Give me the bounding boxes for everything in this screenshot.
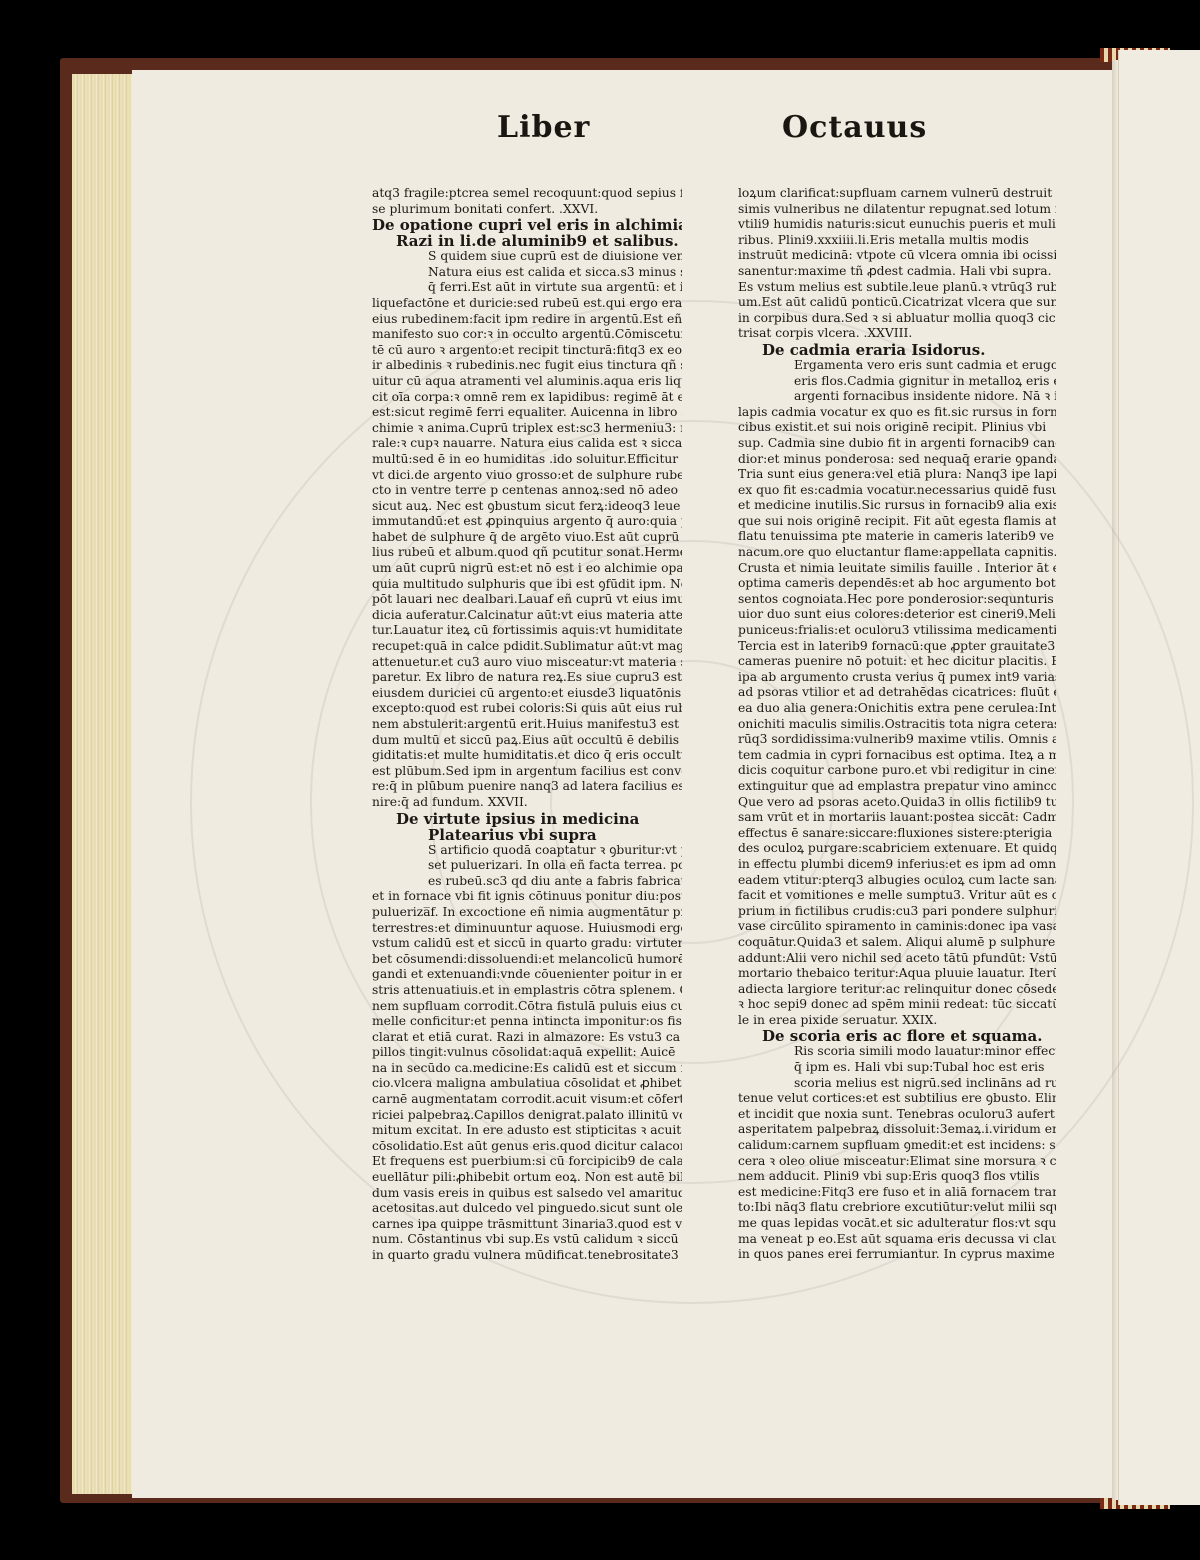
- text-line: ꝛ hoc sepi9 donec ad spēm minii redeat: …: [738, 997, 1056, 1013]
- text-line: rūq3 sordidissima:vulnerib9 maxime vtili…: [738, 732, 1056, 748]
- text-line: re:q̄ in plūbum puenire nanq3 ad latera …: [372, 779, 682, 795]
- text-line: eadem vtitur:pterq3 albugies oculoꝝ cum …: [738, 873, 1056, 889]
- text-line: optima cameris dependēs:et ab hoc argume…: [738, 576, 1056, 592]
- text-line: nem abstulerit:argentū erit.Huius manife…: [372, 717, 682, 733]
- text-line: immutandū:et est ꝓpinquius argento q̄ au…: [372, 514, 682, 530]
- text-line: manifesto suo cor:ꝛ in occulto argentū.C…: [372, 327, 682, 343]
- gutter: [1112, 60, 1118, 1500]
- text-line: recupet:quā in calce pdidit.Sublimatur a…: [372, 639, 682, 655]
- text-line: scoria melius est nigrū.sed inclināns ad…: [738, 1076, 1056, 1092]
- facing-page: [1118, 50, 1200, 1505]
- text-line: dum vasis ereis in quibus est salsedo ve…: [372, 1186, 682, 1202]
- text-line: terrestres:et diminuuntur aquose. Huiusm…: [372, 921, 682, 937]
- text-line: riciei palpebraꝝ.Capillos denigrat.palat…: [372, 1108, 682, 1124]
- text-line: cit oīa corpa:ꝛ omnē rem ex lapidibus: r…: [372, 390, 682, 406]
- text-line: extinguitur que ad emplastra prepatur vi…: [738, 779, 1056, 795]
- text-line: mortario thebaico teritur:Aqua pluuie la…: [738, 966, 1056, 982]
- text-line: trisat corpis vlcera. .XXVIII.: [738, 326, 1056, 342]
- text-line: Es vstum melius est subtile.leue planū.ꝛ…: [738, 280, 1056, 296]
- text-line: atq3 fragile:ptcrea semel recoquunt:quod…: [372, 186, 682, 202]
- text-line: in quarto gradu vulnera mūdificat.tenebr…: [372, 1248, 682, 1264]
- text-line: quia multitudo sulphuris que ibi est ꝯfū…: [372, 577, 682, 593]
- text-line: cio.vlcera maligna ambulatiua cōsolidat …: [372, 1076, 682, 1092]
- text-line: argenti fornacibus insidente nidore. Nā …: [738, 389, 1056, 405]
- text-line: to:Ibi nāq3 flatu crebriore excutiūtur:v…: [738, 1200, 1056, 1216]
- text-line: des oculoꝝ purgare:scabriciem extenuare.…: [738, 841, 1056, 857]
- running-head-left: Liber: [497, 110, 590, 145]
- text-line: simis vulneribus ne dilatentur repugnat.…: [738, 202, 1056, 218]
- text-line: tem cadmia in cypri fornacibus est optim…: [738, 748, 1056, 764]
- text-line: eiusdem duriciei cū argento:et eiusde3 l…: [372, 686, 682, 702]
- text-line: habet de sulphure q̄ de argēto viuo.Est …: [372, 530, 682, 546]
- text-line: melle conficitur:et penna intincta impon…: [372, 1014, 682, 1030]
- text-line: vase circūlito spiramento in caminis:don…: [738, 919, 1056, 935]
- text-line: cera ꝛ oleo oliue misceatur:Elimat sine …: [738, 1154, 1056, 1170]
- text-line: puniceus:frialis:et oculoru3 vtilissima …: [738, 623, 1056, 639]
- text-line: mitum excitat. In ere adusto est stiptic…: [372, 1123, 682, 1139]
- text-line: onichiti maculis similis.Ostracitis tota…: [738, 717, 1056, 733]
- text-line: S artificio quodā coaptatur ꝛ ꝯburitur:v…: [372, 843, 682, 859]
- text-line: prium in fictilibus crudis:cu3 pari pond…: [738, 904, 1056, 920]
- text-line: lius rubeū et album.quod qñ pcutitur son…: [372, 545, 682, 561]
- section-heading: De cadmia eraria Isidorus.: [738, 342, 1056, 358]
- text-line: ribus. Plini9.xxxiiii.li.Eris metalla mu…: [738, 233, 1056, 249]
- text-line: tur.Lauatur iteꝝ cū fortissimis aquis:vt…: [372, 623, 682, 639]
- text-line: um.Est aūt calidū ponticū.Cicatrizat vlc…: [738, 295, 1056, 311]
- text-line: set puluerizari. In olla eñ facta terrea…: [372, 858, 682, 874]
- text-line: Et frequens est puerbium:si cū forcipici…: [372, 1154, 682, 1170]
- text-line: liquefactōne et duricie:sed rubeū est.qu…: [372, 296, 682, 312]
- text-line: loꝝum clarificat:supfluam carnem vulnerū…: [738, 186, 1056, 202]
- text-line: pōt lauari nec dealbari.Lauaf eñ cuprū v…: [372, 592, 682, 608]
- text-line: se plurimum bonitati confert. .XXVI.: [372, 202, 682, 218]
- text-line: ma veneat p eo.Est aūt squama eris decus…: [738, 1232, 1056, 1248]
- text-line: Natura eius est calida et sicca.s3 minus…: [372, 265, 682, 281]
- text-line: acetositas.aut dulcedo vel pinguedo.sicu…: [372, 1201, 682, 1217]
- text-line: dicia auferatur.Calcinatur aūt:vt eius m…: [372, 608, 682, 624]
- text-line: euellātur pili:ꝓhibebit ortum eoꝝ. Non e…: [372, 1170, 682, 1186]
- text-line: vt dici.de argento viuo grosso:et de sul…: [372, 468, 682, 484]
- section-heading: Razi in li.de aluminib9 et salibus.: [372, 233, 682, 249]
- section-heading: Platearius vbi supra: [372, 827, 682, 843]
- text-line: chimie ꝛ anima.Cuprū triplex est:sc3 her…: [372, 421, 682, 437]
- text-line: tē cū auro ꝛ argento:et recipit tincturā…: [372, 343, 682, 359]
- section-heading: De opatione cupri vel eris in alchimia.: [372, 217, 682, 233]
- text-line: num. Cōstantinus vbi sup.Es vstū calidum…: [372, 1232, 682, 1248]
- section-heading: De scoria eris ac flore et squama.: [738, 1028, 1056, 1044]
- text-line: dicis coquitur carbone puro.et vbi redig…: [738, 763, 1056, 779]
- text-line: pulueriza̅f. In excoctione eñ nimia augm…: [372, 905, 682, 921]
- text-line: Crusta et nimia leuitate similis fauille…: [738, 561, 1056, 577]
- text-line: et incidit que noxia sunt. Tenebras ocul…: [738, 1107, 1056, 1123]
- text-line: effectus ē sanare:siccare:fluxiones sist…: [738, 826, 1056, 842]
- text-line: est plūbum.Sed ipm in argentum facilius …: [372, 764, 682, 780]
- text-line: um aūt cuprū nigrū est:et nō est i eo al…: [372, 561, 682, 577]
- text-line: S quidem siue cuprū est de diuisione ven…: [372, 249, 682, 265]
- text-line: vtili9 humidis naturis:sicut eunuchis pu…: [738, 217, 1056, 233]
- text-line: nacum.ore quo eluctantur flame:appellata…: [738, 545, 1056, 561]
- text-line: multū:sed ē in eo humiditas .ido soluitu…: [372, 452, 682, 468]
- text-line: ir albedinis ꝛ rubedinis.nec fugit eius …: [372, 358, 682, 374]
- text-line: calidum:carnem supfluam ꝯmedit:et est in…: [738, 1138, 1056, 1154]
- page-edges: [72, 74, 132, 1494]
- text-line: adiecta largiore teritur:ac relinquitur …: [738, 982, 1056, 998]
- text-line: cōsolidatio.Est aūt genus eris.quod dici…: [372, 1139, 682, 1155]
- text-line: carnes ipa quippe trāsmittunt 3inaria3.q…: [372, 1217, 682, 1233]
- text-line: sanentur:maxime tñ ꝓdest cadmia. Hali vb…: [738, 264, 1056, 280]
- text-line: cibus existit.et sui nois originē recipi…: [738, 420, 1056, 436]
- text-line: dior:et minus ponderosa: sed nequaq̄ era…: [738, 452, 1056, 468]
- text-line: asperitatem palpebraꝝ dissoluit:3emaꝝ.i.…: [738, 1122, 1056, 1138]
- text-column-left: atq3 fragile:ptcrea semel recoquunt:quod…: [372, 186, 682, 1264]
- text-line: eris flos.Cadmia gignitur in metalloꝝ er…: [738, 374, 1056, 390]
- text-column-right: loꝝum clarificat:supfluam carnem vulnerū…: [738, 186, 1056, 1263]
- text-line: uior duo sunt eius colores:deterior est …: [738, 607, 1056, 623]
- text-line: que sui nois originē recipit. Fit aūt eg…: [738, 514, 1056, 530]
- text-line: et in fornace vbi fit ignis cōtinuus pon…: [372, 889, 682, 905]
- text-line: vstum calidū est et siccū in quarto grad…: [372, 936, 682, 952]
- text-line: es rubeū.sc3 qd diu ante a fabris fabric…: [372, 874, 682, 890]
- text-line: est medicine:Fitq3 ere fuso et in aliā f…: [738, 1185, 1056, 1201]
- text-line: Ergamenta vero eris sunt cadmia et erugo…: [738, 358, 1056, 374]
- text-line: clarat et etiā curat. Razi in almazore: …: [372, 1030, 682, 1046]
- running-head-right: Octauus: [782, 110, 927, 145]
- text-line: ipa ab argumento crusta verius q̄ pumex …: [738, 670, 1056, 686]
- text-line: na in secūdo ca.medicine:Es calidū est e…: [372, 1061, 682, 1077]
- text-line: et medicine inutilis.Sic rursus in forna…: [738, 498, 1056, 514]
- text-line: ex quo fit es:cadmia vocatur.necessarius…: [738, 483, 1056, 499]
- text-line: carnē augmentatam corrodit.acuit visum:e…: [372, 1092, 682, 1108]
- text-line: nem adducit. Plini9 vbi sup:Eris quoq3 f…: [738, 1169, 1056, 1185]
- text-line: Tria sunt eius genera:vel etiā plura: Na…: [738, 467, 1056, 483]
- text-line: nire:q̄ ad fundum. XXVII.: [372, 795, 682, 811]
- text-line: gandi et extenuandi:vnde cōuenienter poi…: [372, 967, 682, 983]
- text-line: cto in ventre terre p centenas annoꝝ:sed…: [372, 483, 682, 499]
- text-line: Ris scoria simili modo lauatur:minor eff…: [738, 1044, 1056, 1060]
- text-line: giditatis:et multe humiditatis.et dico q…: [372, 748, 682, 764]
- text-line: q̄ ferri.Est aūt in virtute sua argentū:…: [372, 280, 682, 296]
- text-line: est:sicut regimē ferri equaliter. Auicen…: [372, 405, 682, 421]
- text-line: bet cōsumendi:dissoluendi:et melancolicū…: [372, 952, 682, 968]
- text-line: flatu tenuissima pte materie in cameris …: [738, 529, 1056, 545]
- text-line: rale:ꝛ cupꝛ nauarre. Natura eius calida …: [372, 436, 682, 452]
- text-line: eius rubedinem:facit ipm redire in argen…: [372, 312, 682, 328]
- text-line: in quos panes erei ferrumiantur. In cypr…: [738, 1247, 1056, 1263]
- text-line: coquātur.Quida3 et salem. Aliqui alumē p…: [738, 935, 1056, 951]
- text-line: excepto:quod est rubei coloris:Si quis a…: [372, 701, 682, 717]
- text-line: sentos cognoiata.Hec pore ponderosior:se…: [738, 592, 1056, 608]
- text-line: dum multū et siccū paꝝ.Eius aūt occultū …: [372, 733, 682, 749]
- text-line: ad psoras vtilior et ad detrahēdas cicat…: [738, 685, 1056, 701]
- text-line: pillos tingit:vulnus cōsolidat:aquā expe…: [372, 1045, 682, 1061]
- text-line: facit et vomitiones e melle sumptu3. Vri…: [738, 888, 1056, 904]
- text-line: paretur. Ex libro de natura reꝝ.Es siue …: [372, 670, 682, 686]
- section-heading: De virtute ipsius in medicina: [372, 811, 682, 827]
- text-line: le in erea pixide seruatur. XXIX.: [738, 1013, 1056, 1029]
- text-line: Que vero ad psoras aceto.Quida3 in ollis…: [738, 795, 1056, 811]
- text-line: Tercia est in laterib9 fornacū:que ꝓpter…: [738, 639, 1056, 655]
- text-line: ea duo alia genera:Onichitis extra pene …: [738, 701, 1056, 717]
- text-line: q̄ ipm es. Hali vbi sup:Tubal hoc est er…: [738, 1060, 1056, 1076]
- text-line: instruūt medicinā: vtpote cū vlcera omni…: [738, 248, 1056, 264]
- text-line: in effectu plumbi dicem9 inferius:et es …: [738, 857, 1056, 873]
- text-line: lapis cadmia vocatur ex quo es fit.sic r…: [738, 405, 1056, 421]
- text-line: sam vrūt et in mortariis lauant:postea s…: [738, 810, 1056, 826]
- text-line: tenue velut cortices:et est subtilius er…: [738, 1091, 1056, 1107]
- text-line: nem supfluam corrodit.Cōtra fistulā pulu…: [372, 999, 682, 1015]
- text-line: attenuetur.et cu3 auro viuo misceatur:vt…: [372, 655, 682, 671]
- text-line: sicut auꝝ. Nec est ꝯbustum sicut ferꝝ:id…: [372, 499, 682, 515]
- text-line: stris attenuatiuis.et in emplastris cōtr…: [372, 983, 682, 999]
- text-line: in corpibus dura.Sed ꝛ si abluatur molli…: [738, 311, 1056, 327]
- text-line: sup. Cadmia sine dubio fit in argenti fo…: [738, 436, 1056, 452]
- text-line: addunt:Alii vero nichil sed aceto tātū p…: [738, 951, 1056, 967]
- text-line: me quas lepidas vocāt.et sic adulteratur…: [738, 1216, 1056, 1232]
- text-line: cameras puenire nō potuit: et hec dicitu…: [738, 654, 1056, 670]
- text-line: uitur cū aqua atramenti vel aluminis.aqu…: [372, 374, 682, 390]
